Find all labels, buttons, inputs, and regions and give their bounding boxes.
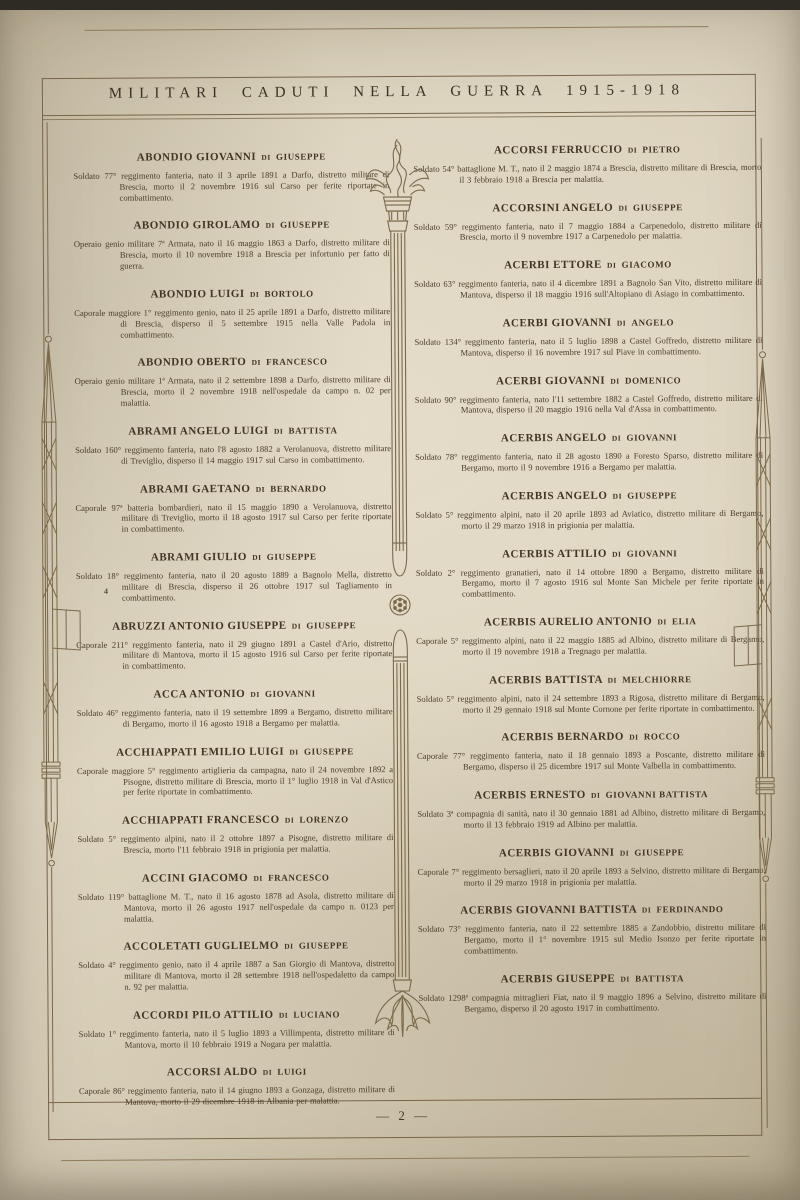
di-particle: di (591, 791, 600, 800)
soldier-name-heading: ACERBIS ANGELO di Giuseppe (415, 489, 763, 503)
soldier-name: ACCORSI ALDO (167, 1066, 258, 1079)
header-bottom-rule-2 (42, 115, 756, 120)
soldier-entry: ACCA ANTONIO di Giovanni Soldato 46° reg… (77, 687, 393, 730)
soldier-name: ACERBIS ANGELO (502, 490, 608, 503)
soldier-name: ABONDIO GIOVANNI (137, 151, 256, 164)
soldier-entry: ACERBIS BATTISTA di Melchiorre Soldato 5… (416, 673, 764, 716)
soldier-name-heading: ACERBIS AURELIO ANTONIO di Elia (416, 615, 764, 629)
soldier-name: ABONDIO OBERTO (137, 356, 246, 369)
soldier-name-heading: ACERBIS BATTISTA di Melchiorre (416, 673, 764, 687)
soldier-record-text: Caporale 211° reggimento fanteria, nato … (76, 638, 392, 672)
header-top-rule (42, 74, 756, 79)
soldier-entry: ACERBIS ANGELO di Giuseppe Soldato 5° re… (415, 489, 763, 532)
di-particle: di (642, 906, 651, 915)
di-particle: di (613, 492, 622, 501)
soldier-entry: ACCORDI PILO ATTILIO di Luciano Soldato … (78, 1008, 394, 1051)
bottom-outer-rule (61, 1156, 749, 1161)
soldier-name-heading: ACCORSINI ANGELO di Giuseppe (414, 200, 762, 214)
soldier-record-text: Soldato 2° reggimento granatieri, nato i… (416, 565, 764, 600)
di-particle: di (292, 621, 301, 630)
soldier-name: ACERBIS AURELIO ANTONIO (484, 616, 652, 629)
soldier-name: ABRAMI GAETANO (140, 483, 250, 496)
soldier-name: ACCORDI PILO ATTILIO (133, 1009, 274, 1022)
soldier-entry: ACCHIAPPATI FRANCESCO di Lorenzo Soldato… (77, 813, 393, 856)
father-name: Elia (672, 616, 696, 626)
top-outer-rule (85, 26, 709, 31)
soldier-name: ACERBIS BATTISTA (489, 674, 602, 687)
soldier-entry: ACERBIS ERNESTO di Giovanni Battista Sol… (417, 788, 765, 831)
soldier-entry: ABONDIO GIROLAMO di Giuseppe Operaio gen… (74, 219, 390, 272)
father-name: Giovanni (626, 433, 677, 443)
soldier-name-heading: ACCHIAPPATI EMILIO LUIGI di Giuseppe (77, 745, 393, 759)
soldier-record-text: Soldato 134° reggimento fanteria, nato i… (414, 335, 762, 359)
soldier-entry: ACCORSI FERRUCCIO di Pietro Soldato 54° … (413, 143, 761, 186)
soldier-name: ACCORSI FERRUCCIO (494, 144, 623, 157)
soldier-entry: ACERBI ETTORE di Giacomo Soldato 63° reg… (414, 258, 762, 301)
soldier-name-heading: ABRUZZI ANTONIO GIUSEPPE di Giuseppe (76, 619, 392, 633)
soldier-name: ACCA ANTONIO (153, 688, 245, 701)
father-name: Francesco (266, 357, 327, 367)
soldier-name-heading: ACCOLETATI GUGLIELMO di Giuseppe (78, 939, 394, 953)
di-particle: di (657, 617, 666, 626)
soldier-name: ACERBIS GIUSEPPE (501, 973, 616, 986)
soldier-name-heading: ABRAMI GAETANO di Bernardo (75, 482, 391, 496)
right-column: ACCORSI FERRUCCIO di Pietro Soldato 54° … (413, 143, 766, 1032)
father-name: Angelo (631, 317, 674, 327)
soldier-record-text: Soldato 18° reggimento fanteria, nato il… (76, 569, 392, 603)
soldier-record-text: Operaio genio militare 7ª Armata, nato i… (74, 238, 390, 272)
soldier-name: ACCINI GIACOMO (142, 872, 248, 885)
soldier-name-heading: ACERBIS ERNESTO di Giovanni Battista (417, 788, 765, 802)
father-name: Giuseppe (267, 552, 317, 562)
soldier-entry: ACCORSI ALDO di Luigi Caporale 86° reggi… (79, 1066, 395, 1109)
left-column: ABONDIO GIOVANNI di Giuseppe Soldato 77°… (73, 150, 395, 1125)
soldier-record-text: Soldato 160° reggimento fanteria, nato l… (75, 443, 391, 467)
soldier-name-heading: ACERBI GIOVANNI di Domenico (415, 373, 763, 387)
father-name: Giacomo (622, 260, 672, 270)
soldier-entry: ACERBIS GIOVANNI BATTISTA di Ferdinando … (418, 903, 766, 957)
soldier-record-text: Caporale 7° reggimento bersaglieri, nato… (418, 864, 766, 888)
soldier-entry: ACCORSINI ANGELO di Giuseppe Soldato 59°… (414, 200, 762, 243)
rosette-medallion-icon (390, 595, 410, 615)
soldier-record-text: Soldato 1° reggimento fanteria, nato il … (79, 1027, 395, 1051)
di-particle: di (253, 874, 262, 883)
soldier-record-text: Soldato 4° reggimento genio, nato il 4 a… (78, 958, 394, 992)
soldier-record-text: Soldato 5° reggimento alpini, nato il 24… (417, 692, 765, 716)
soldier-name-heading: ACERBI ETTORE di Giacomo (414, 258, 762, 272)
soldier-name: ACERBI GIOVANNI (496, 374, 605, 387)
soldier-name-heading: ACCORSI FERRUCCIO di Pietro (413, 143, 761, 157)
soldier-record-text: Caporale 5° reggimento alpini, nato il 2… (416, 634, 764, 658)
page-title: MILITARI CADUTI NELLA GUERRA 1915-1918 (57, 82, 737, 103)
soldier-record-text: Soldato 78° reggimento fanteria, nato il… (415, 450, 763, 474)
father-name: Rocco (644, 732, 681, 742)
soldier-record-text: Soldato 77° reggimento fanteria, nato il… (73, 169, 389, 203)
soldier-entry: ACCOLETATI GUGLIELMO di Giuseppe Soldato… (78, 939, 394, 992)
soldier-name: ABRUZZI ANTONIO GIUSEPPE (112, 619, 286, 632)
di-particle: di (250, 690, 259, 699)
father-name: Bernardo (270, 483, 326, 493)
fasces-standard-ornament (727, 138, 789, 1138)
soldier-entry: ABONDIO LUIGI di Bortolo Caporale maggio… (74, 287, 390, 340)
soldier-entry: ABRAMI GIULIO di Giuseppe Soldato 18° re… (76, 550, 392, 603)
soldier-record-text: Soldato 63° reggimento fanteria, nato il… (414, 277, 762, 301)
father-name: Ferdinando (656, 904, 723, 914)
father-name: Luigi (277, 1067, 307, 1077)
di-particle: di (629, 733, 638, 742)
di-particle: di (607, 261, 616, 270)
father-name: Giuseppe (634, 847, 684, 857)
soldier-name: ABRAMI ANGELO LUIGI (128, 425, 268, 438)
soldier-name-heading: ACCORDI PILO ATTILIO di Luciano (78, 1008, 394, 1022)
soldier-name: ACCORSINI ANGELO (492, 201, 613, 214)
di-particle: di (252, 553, 261, 562)
footer-bottom-rule (48, 1135, 762, 1140)
soldier-name: ABONDIO LUIGI (150, 288, 244, 301)
soldier-name-heading: ACERBIS BERNARDO di Rocco (417, 730, 765, 744)
father-name: Domenico (625, 375, 681, 385)
soldier-record-text: Soldato 5° reggimento alpini, nato il 2 … (77, 832, 393, 856)
soldier-name: ACCHIAPPATI EMILIO LUIGI (116, 745, 284, 758)
soldier-name-heading: ACCORSI ALDO di Luigi (79, 1066, 395, 1080)
soldier-entry: ACERBIS ANGELO di Giovanni Soldato 78° r… (415, 431, 763, 474)
di-particle: di (261, 153, 270, 162)
father-name: Lorenzo (299, 815, 348, 825)
soldier-name-heading: ABONDIO OBERTO di Francesco (75, 356, 391, 370)
soldier-record-text: Soldato 119° battaglione M. T., nato il … (78, 890, 394, 924)
soldier-name: ACERBIS ATTILIO (502, 547, 607, 560)
di-particle: di (612, 434, 621, 443)
soldier-name-heading: ABRAMI ANGELO LUIGI di Battista (75, 424, 391, 438)
di-particle: di (256, 484, 265, 493)
soldier-name: ACERBIS BERNARDO (501, 731, 624, 744)
soldier-record-text: Soldato 90° reggimento fanteria, nato l'… (415, 392, 763, 416)
scanned-book-page: { "page": { "title": "MILITARI CADUTI NE… (0, 0, 800, 1200)
soldier-name: ACCOLETATI GUGLIELMO (124, 940, 279, 953)
soldier-entry: ACERBI GIOVANNI di Angelo Soldato 134° r… (414, 316, 762, 359)
soldier-name: ACERBIS ERNESTO (474, 789, 586, 802)
page-frame: MILITARI CADUTI NELLA GUERRA 1915-1918 A… (0, 0, 800, 1200)
acanthus-flourish-icon (375, 980, 429, 1037)
father-name: Giovanni (627, 548, 678, 558)
di-particle: di (279, 1011, 288, 1020)
father-name: Giuseppe (299, 941, 349, 951)
soldier-record-text: Caporale 86° reggimento fanteria, nato i… (79, 1085, 395, 1109)
di-particle: di (618, 203, 627, 212)
soldier-entry: ABONDIO GIOVANNI di Giuseppe Soldato 77°… (73, 150, 389, 203)
soldier-name-heading: ABONDIO GIROLAMO di Giuseppe (74, 219, 390, 233)
father-name: Giovanni (265, 689, 316, 699)
soldier-entry: ACERBI GIOVANNI di Domenico Soldato 90° … (415, 373, 763, 416)
soldier-record-text: Caporale maggiore 5° reggimento artiglie… (77, 764, 393, 798)
di-particle: di (252, 358, 261, 367)
torch-column-ornament (352, 135, 448, 1086)
father-name: Giovanni Battista (606, 789, 709, 800)
di-particle: di (612, 549, 621, 558)
soldier-record-text: Caporale 97ª batteria bombardieri, nato … (75, 501, 391, 535)
soldier-name-heading: ACERBIS ANGELO di Giovanni (415, 431, 763, 445)
father-name: Luciano (293, 1009, 340, 1019)
di-particle: di (617, 319, 626, 328)
soldier-name-heading: ACCA ANTONIO di Giovanni (77, 687, 393, 701)
fasces-standard-ornament (25, 122, 87, 1122)
di-particle: di (608, 675, 617, 684)
soldier-name-heading: ACERBI GIOVANNI di Angelo (414, 316, 762, 330)
soldier-record-text: Soldato 46° reggimento fanteria, nato il… (77, 706, 393, 730)
di-particle: di (274, 427, 283, 436)
soldier-entry: ACERBIS ATTILIO di Giovanni Soldato 2° r… (416, 546, 764, 600)
soldier-name: ABRAMI GIULIO (151, 551, 247, 564)
soldier-name: ACERBI GIOVANNI (503, 317, 612, 330)
father-name: Battista (635, 973, 684, 983)
soldier-name: ACCHIAPPATI FRANCESCO (122, 814, 280, 827)
father-name: Giuseppe (276, 151, 326, 161)
soldier-entry: ABRAMI GAETANO di Bernardo Caporale 97ª … (75, 482, 391, 535)
soldier-name-heading: ACERBIS GIUSEPPE di Battista (418, 972, 766, 986)
di-particle: di (284, 942, 293, 951)
soldier-name: ACERBIS ANGELO (501, 432, 607, 445)
soldier-name: ACERBIS GIOVANNI BATTISTA (460, 904, 636, 917)
soldier-name-heading: ABONDIO LUIGI di Bortolo (74, 287, 390, 301)
di-particle: di (620, 974, 629, 983)
soldier-name-heading: ABONDIO GIOVANNI di Giuseppe (73, 150, 389, 164)
soldier-record-text: Soldato 73° reggimento fanteria, nato il… (418, 922, 766, 957)
father-name: Melchiorre (622, 674, 692, 684)
printers-mark: 4 (104, 587, 108, 596)
di-particle: di (266, 221, 275, 230)
di-particle: di (620, 848, 629, 857)
soldier-entry: ABRAMI ANGELO LUIGI di Battista Soldato … (75, 424, 391, 467)
father-name: Battista (289, 425, 338, 435)
di-particle: di (628, 146, 637, 155)
soldier-record-text: Soldato 59° reggimento fanteria, nato il… (414, 219, 762, 243)
soldier-record-text: Soldato 54° battaglione M. T., nato il 2… (413, 162, 761, 186)
soldier-entry: ABRUZZI ANTONIO GIUSEPPE di Giuseppe Cap… (76, 619, 392, 672)
soldier-entry: ACERBIS BERNARDO di Rocco Caporale 77° r… (417, 730, 765, 773)
soldier-entry: ABONDIO OBERTO di Francesco Operaio geni… (75, 356, 391, 409)
soldier-name: ACERBIS GIOVANNI (499, 846, 615, 859)
soldier-entry: ACERBIS GIUSEPPE di Battista Soldato 129… (418, 972, 766, 1015)
soldier-record-text: Soldato 1298ª compagnia mitraglieri Fiat… (418, 991, 766, 1015)
father-name: Pietro (642, 144, 680, 154)
father-name: Giuseppe (633, 202, 683, 212)
soldier-name-heading: ACERBIS ATTILIO di Giovanni (416, 546, 764, 560)
soldier-record-text: Caporale maggiore 1° reggimento genio, n… (74, 306, 390, 340)
father-name: Giuseppe (627, 490, 677, 500)
soldier-record-text: Caporale 77° reggimento fanteria, nato i… (417, 749, 765, 773)
soldier-name-heading: ACERBIS GIOVANNI BATTISTA di Ferdinando (418, 903, 766, 917)
soldier-entry: ACERBIS AURELIO ANTONIO di Elia Caporale… (416, 615, 764, 658)
di-particle: di (610, 376, 619, 385)
father-name: Bortolo (265, 288, 314, 298)
di-particle: di (285, 816, 294, 825)
soldier-name-heading: ACCHIAPPATI FRANCESCO di Lorenzo (77, 813, 393, 827)
soldier-record-text: Soldato 3ª compagnia di sanità, nato il … (417, 807, 765, 831)
father-name: Giuseppe (306, 620, 356, 630)
di-particle: di (263, 1068, 272, 1077)
father-name: Giuseppe (280, 220, 330, 230)
soldier-record-text: Soldato 5° reggimento alpini, nato il 20… (415, 508, 763, 532)
soldier-name-heading: ACERBIS GIOVANNI di Giuseppe (418, 845, 766, 859)
soldier-entry: ACERBIS GIOVANNI di Giuseppe Caporale 7°… (418, 845, 766, 888)
soldier-name-heading: ACCINI GIACOMO di Francesco (78, 871, 394, 885)
father-name: Francesco (268, 872, 329, 882)
soldier-name: ABONDIO GIROLAMO (133, 219, 260, 232)
soldier-entry: ACCINI GIACOMO di Francesco Soldato 119°… (78, 871, 394, 924)
father-name: Giuseppe (304, 746, 354, 756)
soldier-name: ACERBI ETTORE (504, 259, 602, 272)
soldier-name-heading: ABRAMI GIULIO di Giuseppe (76, 550, 392, 564)
soldier-record-text: Operaio genio militare 1ª Armata, nato i… (75, 375, 391, 409)
di-particle: di (250, 290, 259, 299)
di-particle: di (289, 747, 298, 756)
soldier-entry: ACCHIAPPATI EMILIO LUIGI di Giuseppe Cap… (77, 745, 393, 798)
